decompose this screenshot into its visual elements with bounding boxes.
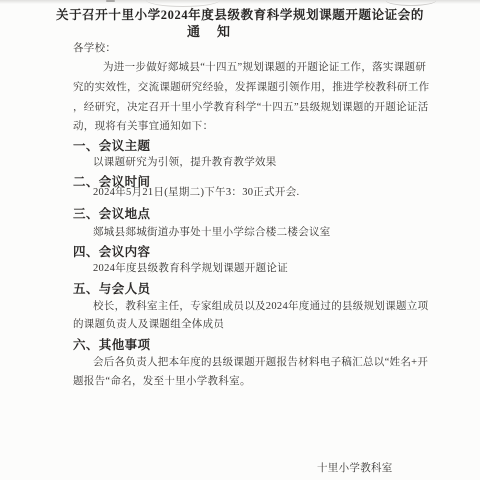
section-heading-place: 三、会议地点 — [73, 207, 150, 221]
section-heading-attendees: 五、与会人员 — [73, 282, 150, 296]
intro-line: ，经研究，决定召开十里小学教育科学“十四五”县级规划课题的开题论证活 — [73, 102, 429, 114]
section-heading-other: 六、其他事项 — [73, 338, 150, 352]
document-page: 关于召开十里小学2024年度县级教育科学规划课题开题论证会的 通 知 各学校： … — [0, 0, 480, 480]
document-title-line1: 关于召开十里小学2024年度县级教育科学规划课题开题论证会的 — [0, 8, 480, 22]
scan-artifact-arc-left — [146, 0, 220, 7]
section-content-line: 的课题负责人及课题组全体成员 — [73, 319, 224, 331]
section-content-line: 2024年5月21日(星期二)下午3：30正式开会. — [93, 187, 299, 199]
intro-line: 究的实效性，交流课题研究经验，发挥课题引领作用，推进学校教科研工作 — [73, 82, 429, 94]
intro-line: 动，现将有关事宜通知如下： — [73, 121, 213, 133]
section-content-line: 以课题研究为引领，提升教育教学效果 — [93, 157, 277, 169]
section-heading-content: 四、会议内容 — [73, 245, 150, 259]
section-content-line: 2024年度县级教育科学规划课题开题论证 — [93, 263, 288, 275]
salutation: 各学校： — [73, 43, 116, 55]
section-content-line: 题报告“命名，发至十里小学教科室。 — [73, 376, 251, 388]
section-content-line: 郯城县郯城街道办事处十里小学综合楼二楼会议室 — [93, 227, 331, 239]
signature: 十里小学教科室 — [317, 463, 393, 475]
section-content-line: 校长，教科室主任，专家组成员以及2024年度通过的县级规划课题立项 — [93, 301, 428, 313]
scan-artifact-speck — [106, 0, 115, 2]
section-heading-topic: 一、会议主题 — [73, 139, 150, 153]
scan-artifact-arc-right — [386, 0, 436, 6]
document-title-line2: 通 知 — [187, 25, 232, 40]
intro-line: 为进一步做好郯城县“十四五”规划课题的开题论证工作，落实课题研 — [103, 62, 426, 74]
section-content-line: 会后各负责人把本年度的县级课题开题报告材料电子稿汇总以“姓名+开 — [93, 357, 428, 369]
